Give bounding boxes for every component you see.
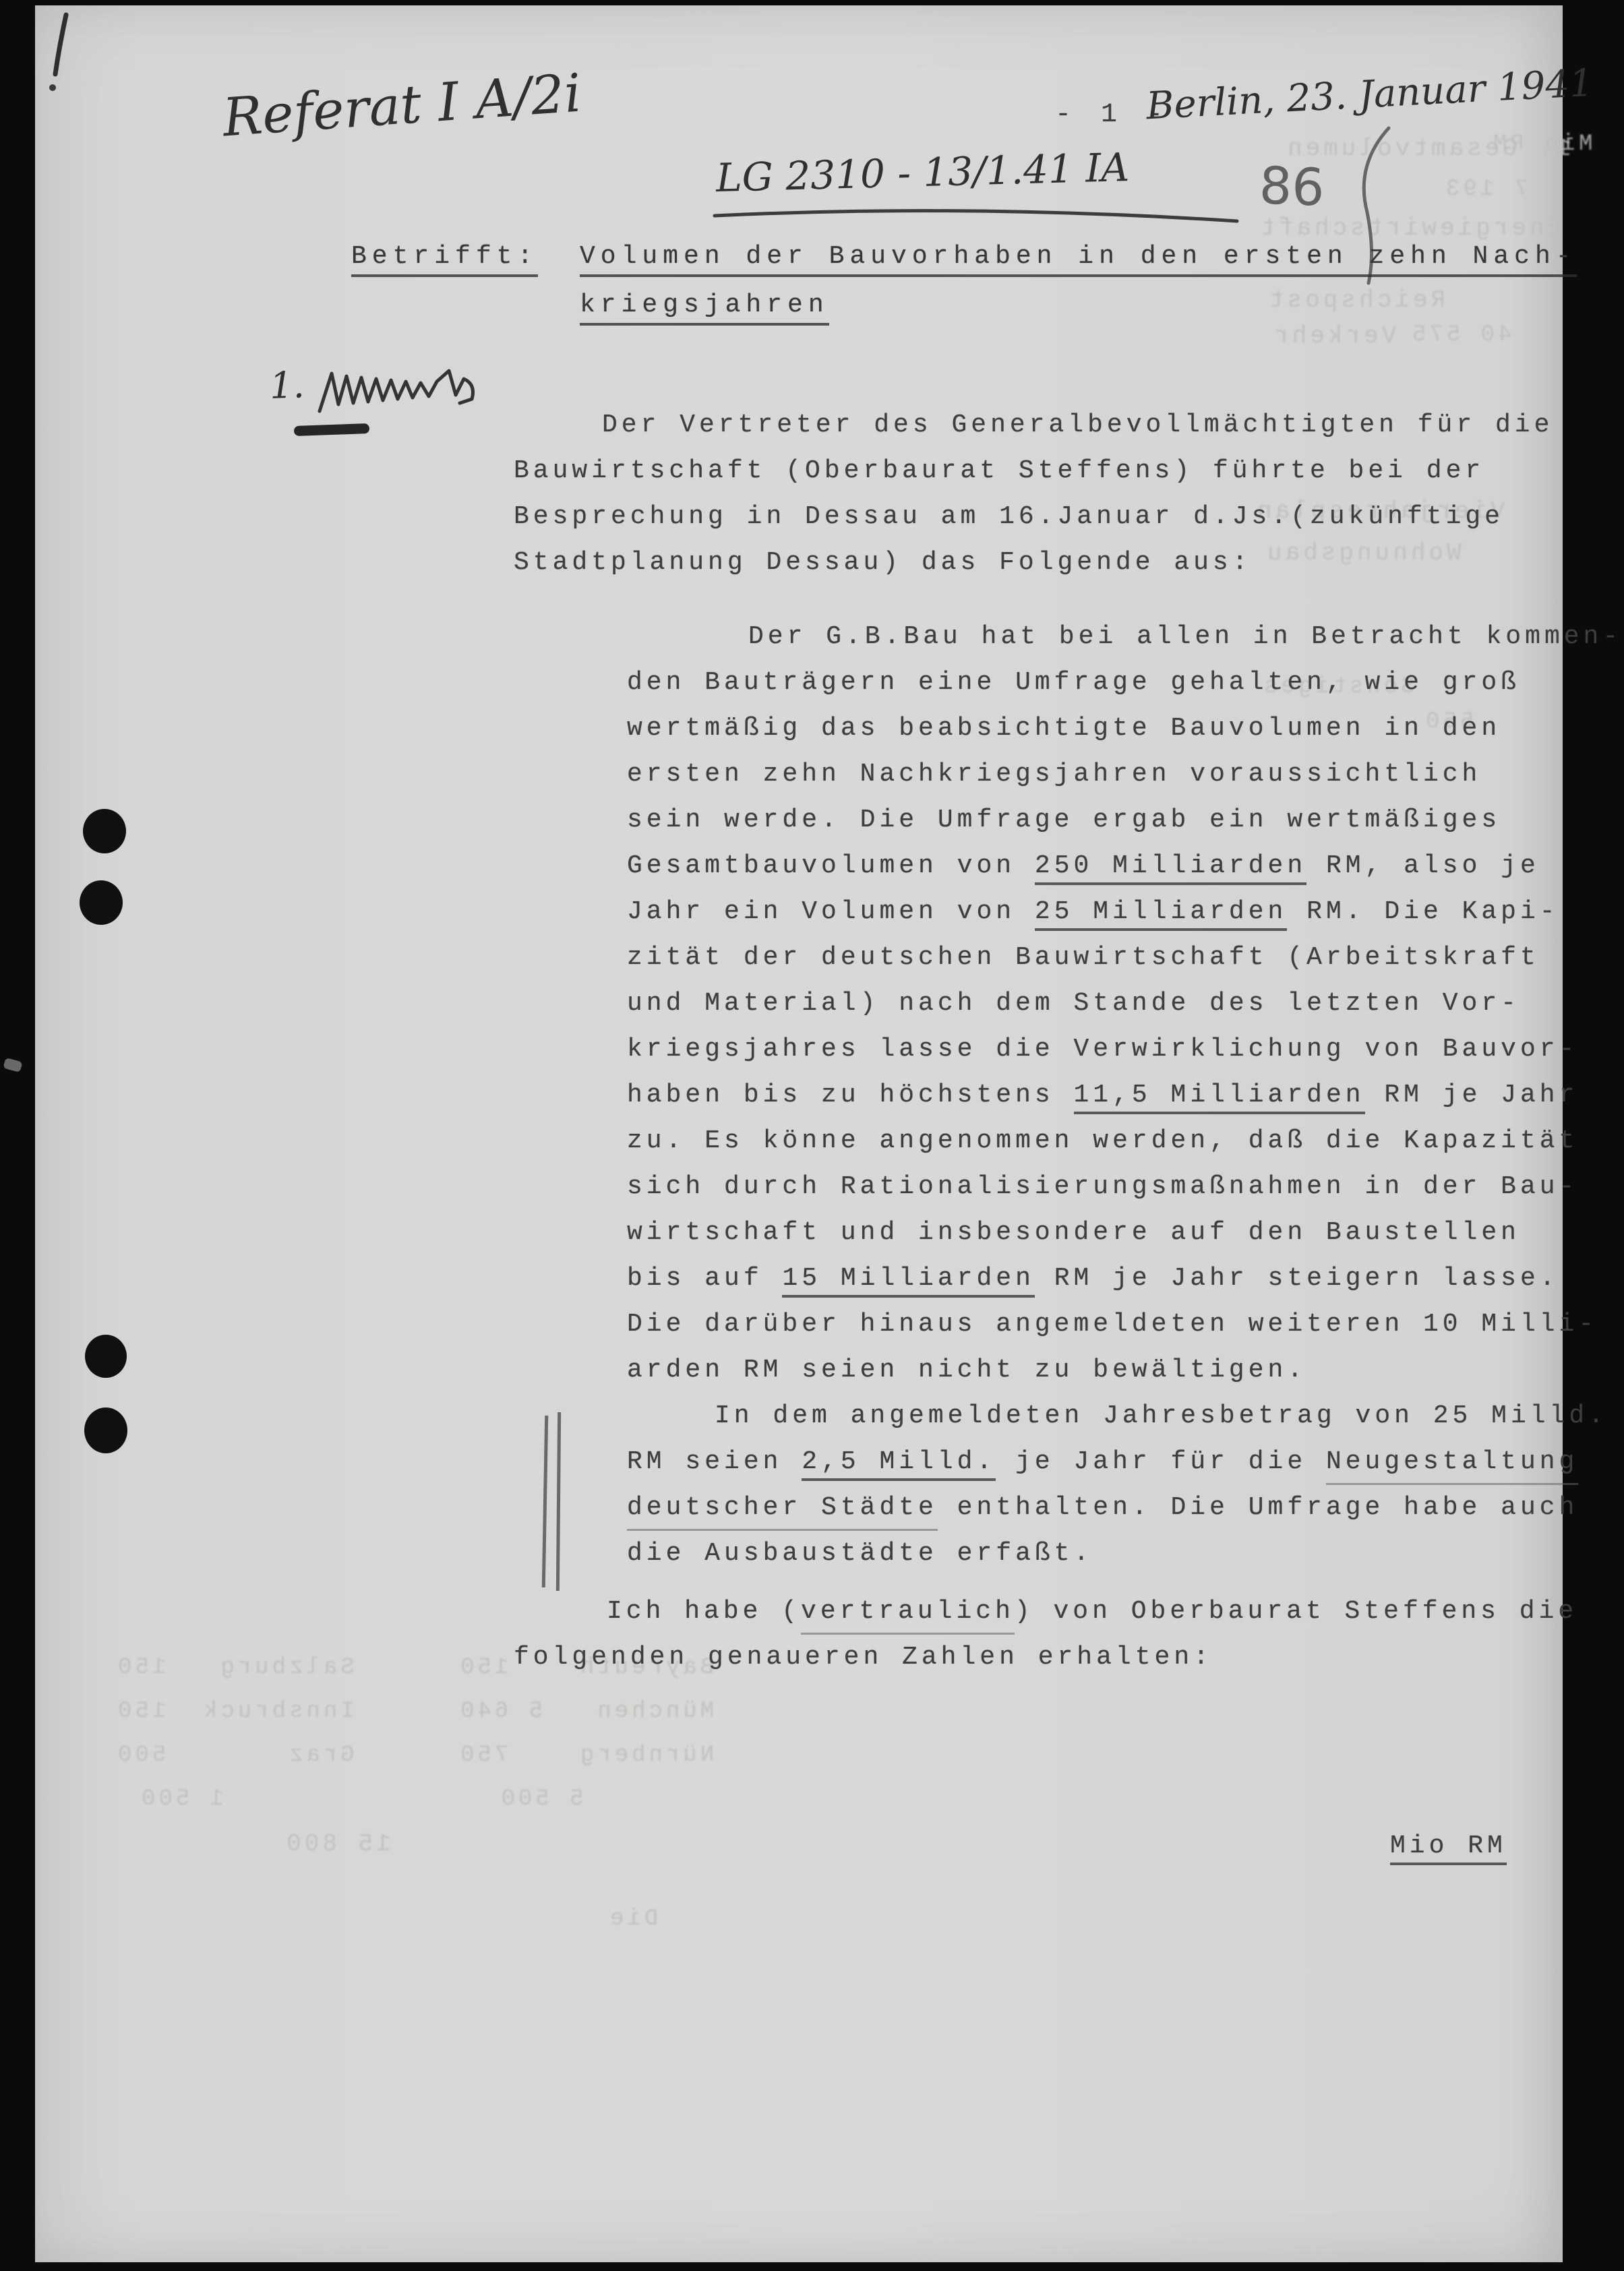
bleed-through-text: Die xyxy=(607,1906,658,1932)
typed-line: RM seien 2,5 Milld. je Jahr für die Neug… xyxy=(627,1447,1578,1478)
typed-segment: Stadtplanung Dessau) das Folgende aus: xyxy=(514,548,1252,577)
typed-segment: sein werde. Die Umfrage ergab ein wertmä… xyxy=(627,806,1501,835)
typed-line: wirtschaft und insbesondere auf den Baus… xyxy=(627,1217,1520,1248)
bleed-through-text: Mio RM xyxy=(1490,131,1592,157)
typed-segment: den Bauträgern eine Umfrage gehalten, wi… xyxy=(627,668,1520,697)
hole-punch-dot xyxy=(84,1407,127,1453)
typed-segment: folgenden genaueren Zahlen erhalten: xyxy=(514,1643,1213,1672)
typed-segment: und Material) nach dem Stande des letzte… xyxy=(627,989,1520,1018)
typed-segment: wertmäßig das beabsichtigte Bauvolumen i… xyxy=(627,714,1501,743)
typed-segment: 2,5 Milld. xyxy=(802,1447,996,1481)
typed-segment: je Jahr für die xyxy=(996,1447,1326,1476)
typed-segment: bis auf xyxy=(627,1264,782,1293)
typed-line: zu. Es könne angenommen werden, daß die … xyxy=(627,1126,1578,1157)
typed-line: Der Vertreter des Generalbevollmächtigte… xyxy=(602,410,1553,441)
typed-segment: deutscher Städte xyxy=(627,1493,938,1531)
bleed-through-text: 7 193 xyxy=(1443,177,1528,202)
typed-line: sich durch Rationalisierungsmaßnahmen in… xyxy=(627,1172,1578,1203)
typed-line: die Ausbaustädte erfaßt. xyxy=(627,1538,1093,1569)
mio-rm-text: Mio RM xyxy=(1390,1831,1507,1865)
subject-line-2-text: kriegsjahren xyxy=(580,291,829,326)
betrifft-label: Betrifft: xyxy=(351,241,538,272)
typed-segment: RM je Jahr steigern lasse. xyxy=(1035,1264,1559,1293)
typed-segment: 15 Milliarden xyxy=(782,1264,1034,1298)
typed-segment: Besprechung in Dessau am 16.Januar d.Js.… xyxy=(514,502,1504,531)
typed-line: Gesamtbauvolumen von 250 Milliarden RM, … xyxy=(627,851,1540,882)
typed-segment: 25 Milliarden xyxy=(1035,897,1287,931)
typed-line: bis auf 15 Milliarden RM je Jahr steiger… xyxy=(627,1263,1559,1294)
typed-line: arden RM seien nicht zu bewältigen. xyxy=(627,1355,1306,1386)
typed-segment: vertraulich xyxy=(801,1597,1015,1635)
typed-segment: In dem angemeldeten Jahresbetrag von 25 … xyxy=(715,1401,1608,1430)
handwritten-scribble xyxy=(317,364,492,425)
typed-line: deutscher Städte enthalten. Die Umfrage … xyxy=(627,1492,1578,1523)
typed-line: Besprechung in Dessau am 16.Januar d.Js.… xyxy=(514,502,1504,533)
mio-rm-label: Mio RM xyxy=(1390,1831,1507,1862)
typed-segment: RM. Die Kapi- xyxy=(1287,897,1559,926)
typed-line: Die darüber hinaus angemeldeten weiteren… xyxy=(627,1309,1598,1340)
edge-smudge-mark xyxy=(3,1058,22,1072)
typed-segment: Gesamtbauvolumen von xyxy=(627,851,1035,880)
typed-line: den Bauträgern eine Umfrage gehalten, wi… xyxy=(627,667,1520,698)
typed-segment: ersten zehn Nachkriegsjahren voraussicht… xyxy=(627,760,1481,789)
typed-segment: 11,5 Milliarden xyxy=(1074,1081,1365,1114)
bleed-through-text: Nürnberg 750 Graz 500 xyxy=(115,1743,714,1768)
bleed-through-text: Verkehr xyxy=(1271,322,1396,350)
bleed-through-text: Reichspost xyxy=(1266,286,1445,314)
typed-segment: ) von Oberbaurat Steffens die xyxy=(1015,1597,1577,1626)
hole-punch-dot xyxy=(83,809,126,853)
typed-line: sein werde. Die Umfrage ergab ein wertmä… xyxy=(627,805,1501,836)
typed-segment: Der Vertreter des Generalbevollmächtigte… xyxy=(602,411,1553,440)
bleed-through-text: München 5 640 Innsbruck 150 xyxy=(115,1699,714,1724)
pen-tick-mark xyxy=(47,12,88,100)
typed-segment: RM, also je xyxy=(1306,851,1540,880)
typed-segment: sich durch Rationalisierungsmaßnahmen in… xyxy=(627,1172,1578,1201)
typed-segment: 250 Milliarden xyxy=(1035,851,1306,885)
typed-line: kriegsjahres lasse die Verwirklichung vo… xyxy=(627,1034,1578,1065)
typed-segment: arden RM seien nicht zu bewältigen. xyxy=(627,1356,1306,1385)
hole-punch-dot xyxy=(80,880,123,925)
bleed-through-text: 5 500 1 500 xyxy=(138,1786,584,1812)
typed-line: ersten zehn Nachkriegsjahren voraussicht… xyxy=(627,759,1481,790)
typed-segment: enthalten. Die Umfrage habe auch xyxy=(938,1493,1579,1522)
typed-segment: Jahr ein Volumen von xyxy=(627,897,1035,926)
typed-line: Stadtplanung Dessau) das Folgende aus: xyxy=(514,547,1252,578)
typed-segment: Der G.B.Bau hat bei allen in Betracht ko… xyxy=(748,622,1622,651)
typed-segment: RM seien xyxy=(627,1447,802,1476)
typed-line: zität der deutschen Bauwirtschaft (Arbei… xyxy=(627,942,1540,973)
typed-segment: Die darüber hinaus angemeldeten weiteren… xyxy=(627,1310,1598,1339)
typed-segment: die Ausbaustädte erfaßt. xyxy=(627,1539,1093,1568)
typed-line: In dem angemeldeten Jahresbetrag von 25 … xyxy=(715,1401,1608,1432)
typed-segment: Ich habe ( xyxy=(607,1597,801,1626)
scanned-document-page: 1. GesamtvolumenMio RM7 193Energiewirtsc… xyxy=(0,0,1624,2271)
bleed-through-text: 15 800 xyxy=(283,1830,391,1858)
typed-segment: zu. Es könne angenommen werden, daß die … xyxy=(627,1126,1578,1155)
subject-line-1: Volumen der Bauvorhaben in den ersten ze… xyxy=(580,241,1577,272)
typed-segment: Bauwirtschaft (Oberbaurat Steffens) führ… xyxy=(514,456,1484,485)
subject-line-2: kriegsjahren xyxy=(580,290,829,321)
typed-segment: zität der deutschen Bauwirtschaft (Arbei… xyxy=(627,943,1540,972)
bleed-through-text: 40 575 xyxy=(1409,322,1511,348)
subject-line-1-text: Volumen der Bauvorhaben in den ersten ze… xyxy=(580,242,1577,277)
typed-segment: Neugestaltung xyxy=(1326,1447,1578,1485)
typed-line: folgenden genaueren Zahlen erhalten: xyxy=(514,1642,1213,1673)
bleed-through-text: Energiewirtschaft xyxy=(1257,214,1562,242)
bleed-through-text: Wohnungsbau xyxy=(1264,539,1462,567)
typed-line: Bauwirtschaft (Oberbaurat Steffens) führ… xyxy=(514,456,1484,487)
typed-line: Der G.B.Bau hat bei allen in Betracht ko… xyxy=(748,622,1622,653)
typed-line: und Material) nach dem Stande des letzte… xyxy=(627,988,1520,1019)
typed-line: Jahr ein Volumen von 25 Milliarden RM. D… xyxy=(627,897,1559,928)
stamp-86: 86 xyxy=(1258,155,1325,217)
margin-note-number: 1. xyxy=(269,363,305,407)
typed-line: Ich habe (vertraulich) von Oberbaurat St… xyxy=(607,1596,1577,1627)
typed-segment: RM je Jahr xyxy=(1365,1081,1579,1110)
typed-line: wertmäßig das beabsichtigte Bauvolumen i… xyxy=(627,713,1501,744)
betrifft-label-text: Betrifft: xyxy=(351,242,538,277)
typed-segment: kriegsjahres lasse die Verwirklichung vo… xyxy=(627,1035,1578,1064)
typed-line: haben bis zu höchstens 11,5 Milliarden R… xyxy=(627,1080,1578,1111)
typed-segment: haben bis zu höchstens xyxy=(627,1081,1074,1110)
hole-punch-dot xyxy=(85,1335,127,1378)
reference-underline-stroke xyxy=(711,202,1251,229)
typed-segment: wirtschaft und insbesondere auf den Baus… xyxy=(627,1218,1520,1247)
